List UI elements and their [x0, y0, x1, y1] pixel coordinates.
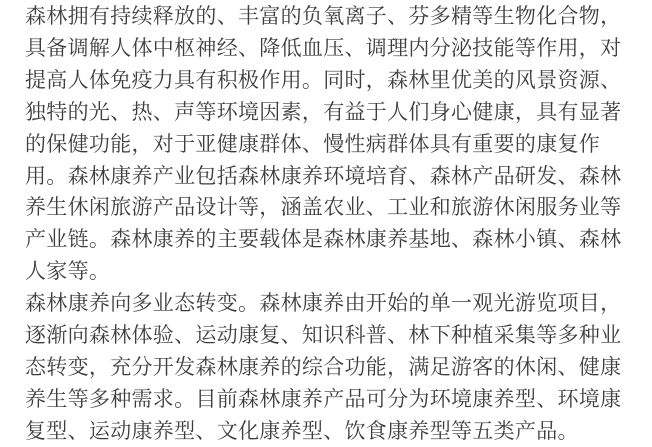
- text-line: 提高人体免疫力具有积极作用。同时，森林里优美的风景资源、: [25, 65, 622, 97]
- text-line: 人家等。: [25, 256, 622, 288]
- text-line: 森林拥有持续释放的、丰富的负氧离子、芬多精等生物化合物，: [25, 1, 622, 33]
- text-line: 养生休闲旅游产品设计等，涵盖农业、工业和旅游休闲服务业等: [25, 192, 622, 224]
- text-line: 逐渐向森林体验、运动康复、知识科普、林下种植采集等多种业: [25, 320, 622, 352]
- text-line: 养生等多种需求。目前森林康养产品可分为环境康养型、环境康: [25, 384, 622, 416]
- paragraph: 森林拥有持续释放的、丰富的负氧离子、芬多精等生物化合物， 具备调解人体中枢神经、…: [25, 1, 622, 288]
- text-line: 态转变，充分开发森林康养的综合功能，满足游客的休闲、健康: [25, 352, 622, 384]
- text-line: 产业链。森林康养的主要载体是森林康养基地、森林小镇、森林: [25, 224, 622, 256]
- paragraph: 森林康养向多业态转变。森林康养由开始的单一观光游览项目， 逐渐向森林体验、运动康…: [25, 288, 622, 447]
- text-line: 独特的光、热、声等环境因素，有益于人们身心健康，具有显著: [25, 97, 622, 129]
- text-line: 复型、运动康养型、文化康养型、饮食康养型等五类产品。: [25, 416, 622, 447]
- text-line: 具备调解人体中枢神经、降低血压、调理内分泌技能等作用，对: [25, 33, 622, 65]
- page: { "document": { "background": "#ffffff",…: [0, 0, 652, 447]
- text-document: 森林拥有持续释放的、丰富的负氧离子、芬多精等生物化合物， 具备调解人体中枢神经、…: [0, 0, 652, 447]
- text-line: 的保健功能，对于亚健康群体、慢性病群体具有重要的康复作: [25, 129, 622, 161]
- text-line: 用。森林康养产业包括森林康养环境培育、森林产品研发、森林: [25, 161, 622, 193]
- text-line: 森林康养向多业态转变。森林康养由开始的单一观光游览项目，: [25, 288, 622, 320]
